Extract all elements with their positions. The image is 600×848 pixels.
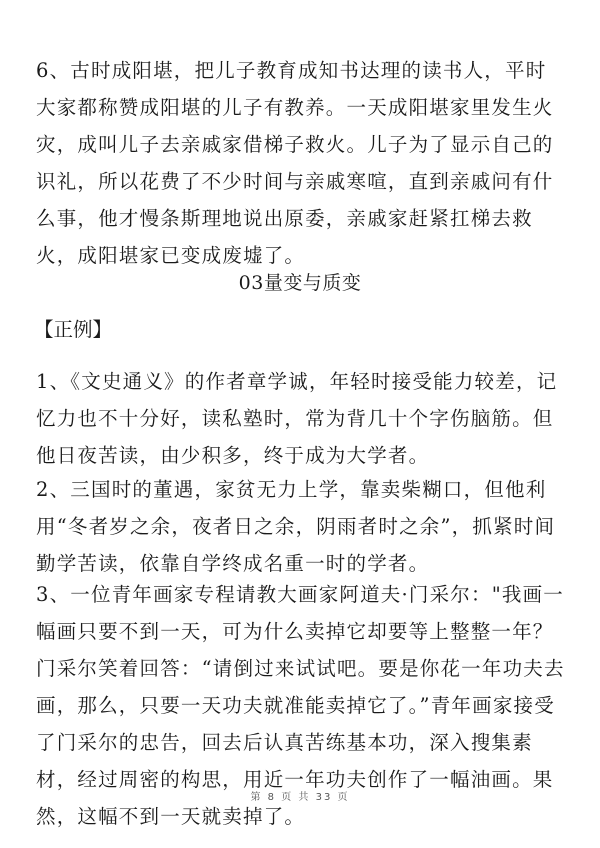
paragraph-example-2: 2、三国时的董遇，家贫无力上学，靠卖柴糊口，但他利用“冬者岁之余，夜者日之余，阴… (36, 471, 566, 582)
section-title: 03量变与质变 (0, 268, 600, 298)
section-label-positive-examples: 【正例】 (34, 315, 112, 345)
paragraph-example-1: 1、《文史通义》的作者章学诚，年轻时接受能力较差，记忆力也不十分好，读私塾时，常… (36, 363, 566, 474)
page-footer: 第 8 页 共 33 页 (0, 788, 600, 803)
paragraph-example-6: 6、古时成阳堪，把儿子教育成知书达理的读书人，平时大家都称赞成阳堪的儿子有教养。… (36, 52, 566, 274)
document-page: 6、古时成阳堪，把儿子教育成知书达理的读书人，平时大家都称赞成阳堪的儿子有教养。… (0, 0, 600, 848)
